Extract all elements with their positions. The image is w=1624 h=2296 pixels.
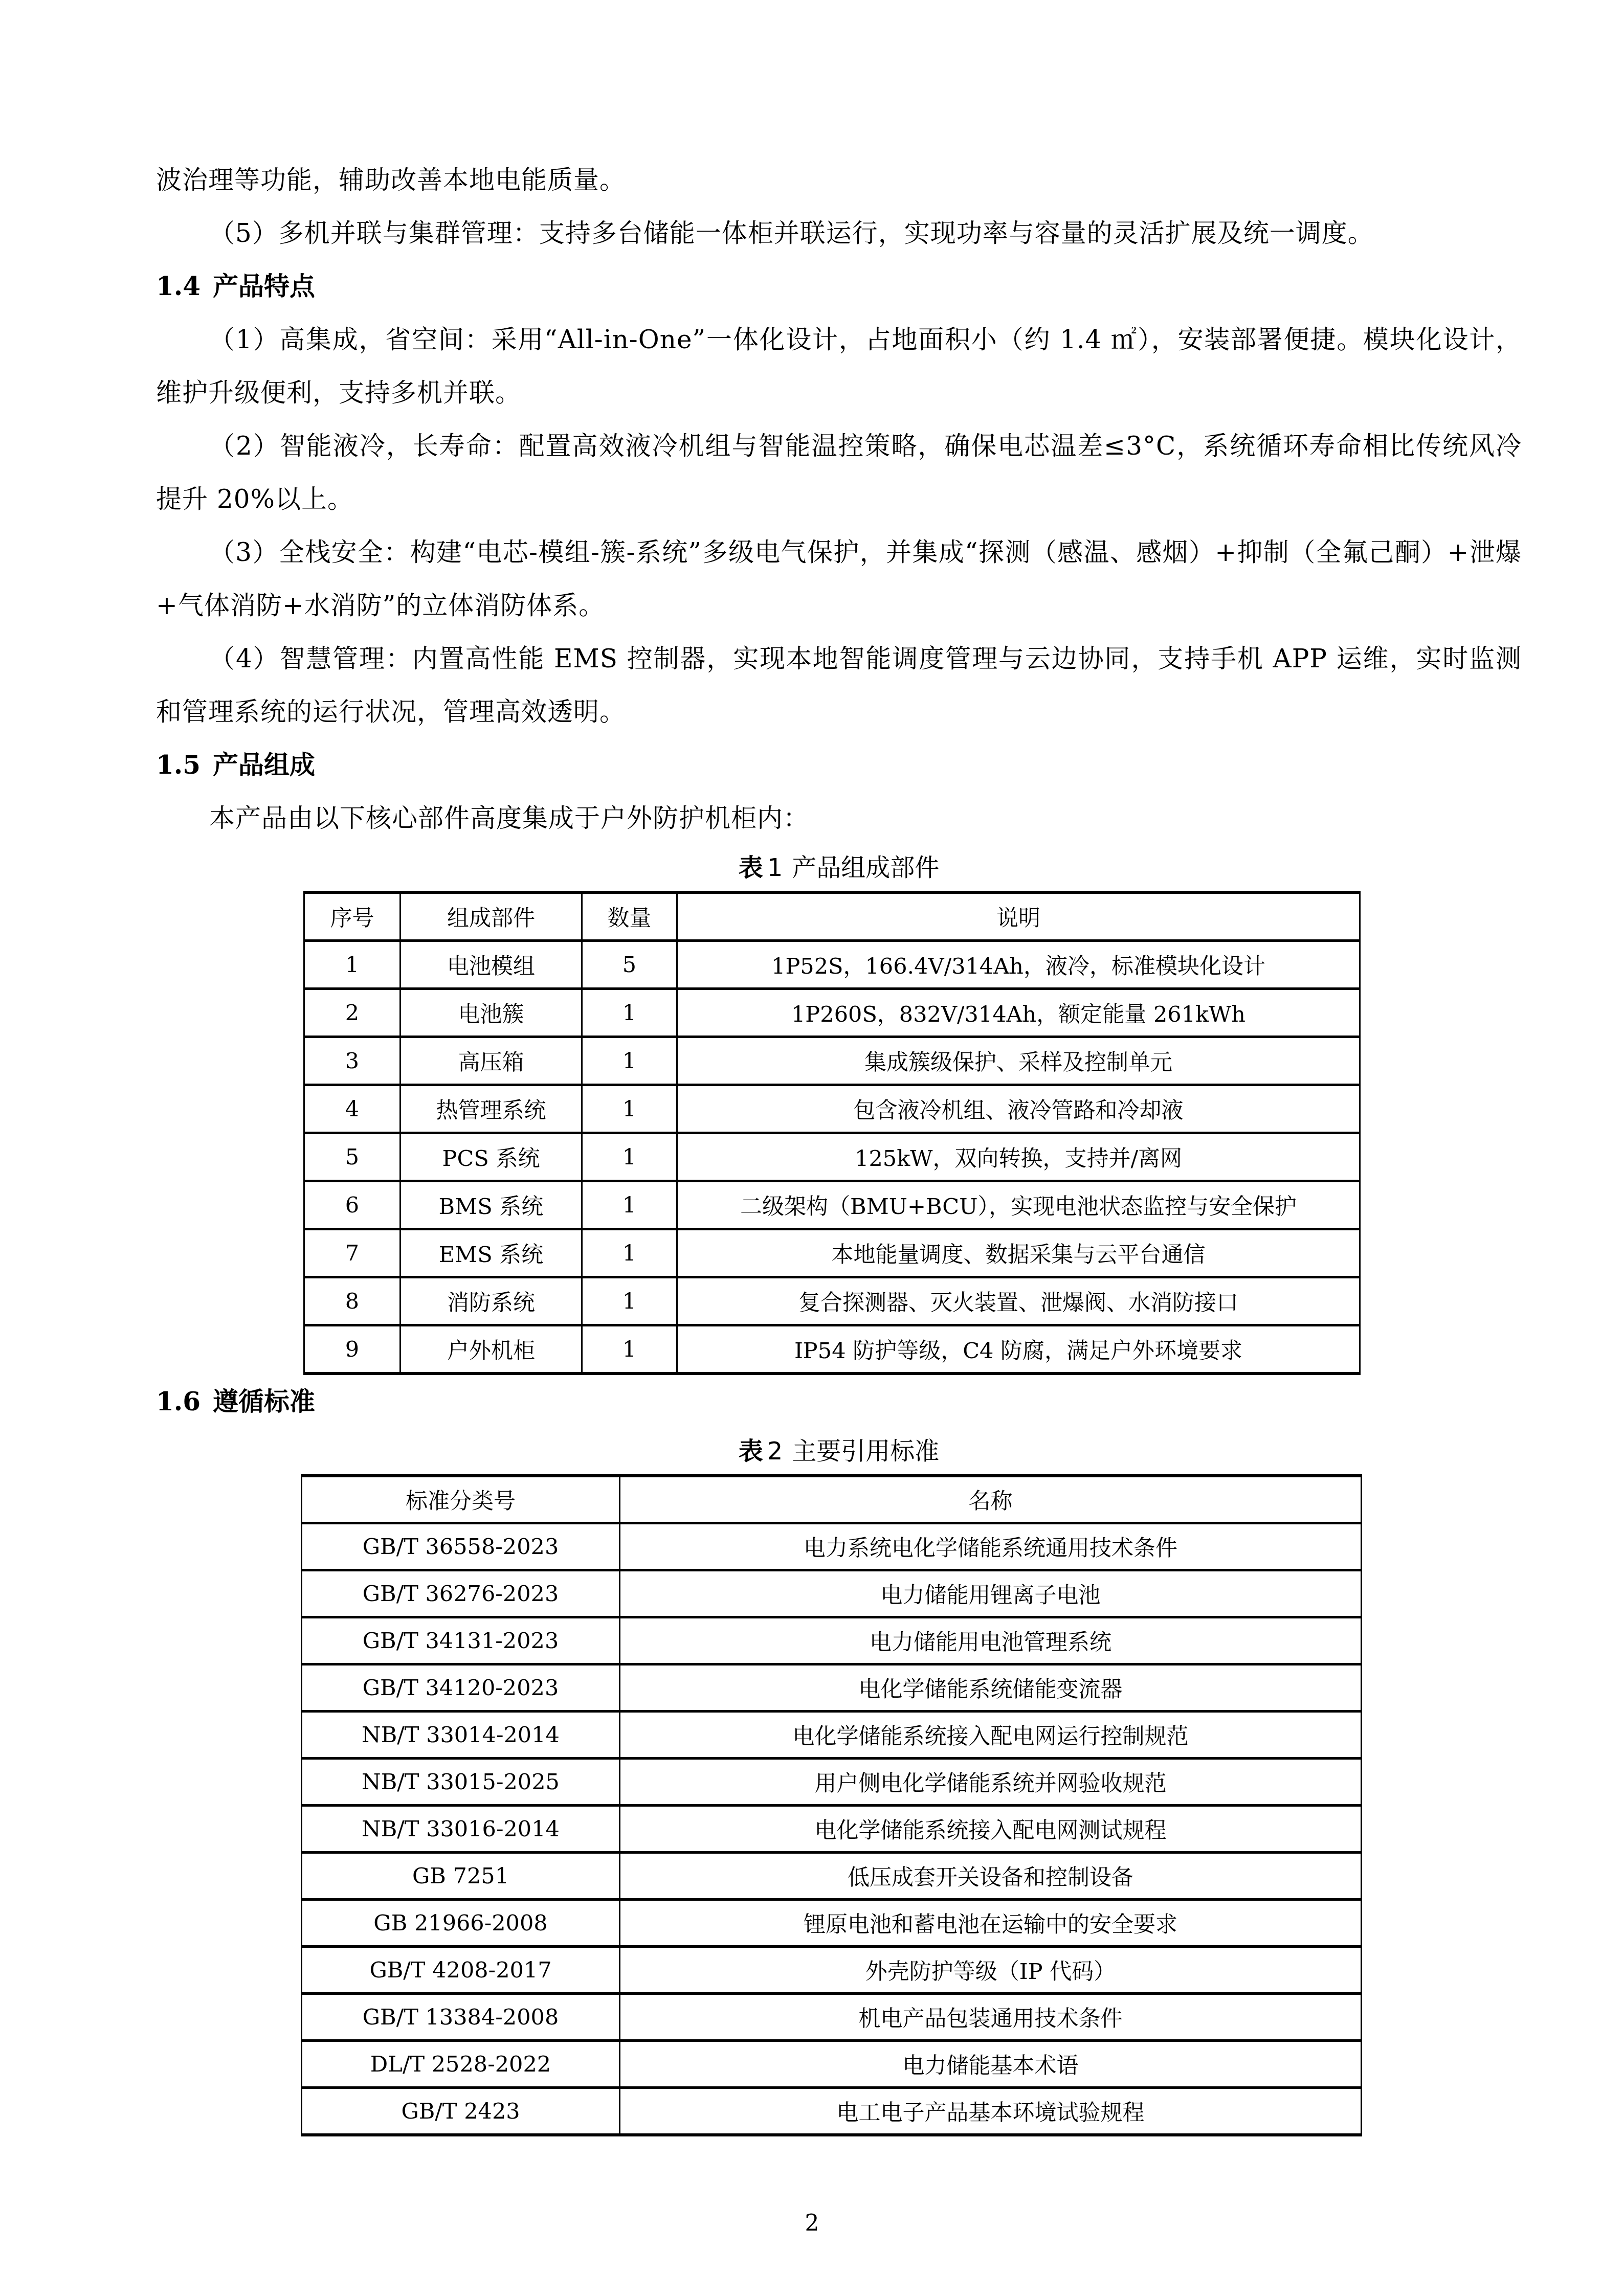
table-row: NB/T 33015-2025用户侧电化学储能系统并网验收规范	[302, 1759, 1362, 1806]
section-number: 1.5	[156, 750, 201, 780]
cell-standard-name: 低压成套开关设备和控制设备	[620, 1853, 1362, 1900]
cell-standard-code: GB/T 4208-2017	[302, 1947, 620, 1994]
table-row: 1电池模组51P52S，166.4V/314Ah，液冷，标准模块化设计	[304, 941, 1360, 989]
cell-standard-name: 电力储能基本术语	[620, 2041, 1362, 2088]
cell-standard-name: 电化学储能系统储能变流器	[620, 1664, 1362, 1712]
table-row: GB/T 34131-2023电力储能用电池管理系统	[302, 1617, 1362, 1664]
cell-description: 125kW，双向转换，支持并/离网	[677, 1133, 1360, 1181]
table-row: GB 7251低压成套开关设备和控制设备	[302, 1853, 1362, 1900]
feature-paragraph-4: （4）智慧管理：内置高性能 EMS 控制器，实现本地智能调度管理与云边协同，支持…	[156, 632, 1522, 738]
cell-component: BMS 系统	[401, 1181, 582, 1229]
cell-standard-code: NB/T 33016-2014	[302, 1806, 620, 1853]
cell-description: 1P52S，166.4V/314Ah，液冷，标准模块化设计	[677, 941, 1360, 989]
cell-description: 集成簇级保护、采样及控制单元	[677, 1037, 1360, 1085]
cell-standard-name: 锂原电池和蓄电池在运输中的安全要求	[620, 1900, 1362, 1947]
paragraph-item-5: （5）多机并联与集群管理：支持多台储能一体柜并联运行，实现功率与容量的灵活扩展及…	[156, 207, 1522, 260]
table-row: GB/T 34120-2023电化学储能系统储能变流器	[302, 1664, 1362, 1712]
composition-intro: 本产品由以下核心部件高度集成于户外防护机柜内：	[156, 792, 1522, 845]
cell-description: 1P260S，832V/314Ah，额定能量 261kWh	[677, 989, 1360, 1037]
table-row: 6BMS 系统1二级架构（BMU+BCU），实现电池状态监控与安全保护	[304, 1181, 1360, 1229]
table-row: 8消防系统1复合探测器、灭火装置、泄爆阀、水消防接口	[304, 1277, 1360, 1325]
table1-caption: 表1产品组成部件	[156, 845, 1522, 891]
cell-index: 2	[304, 989, 401, 1037]
cell-standard-code: DL/T 2528-2022	[302, 2041, 620, 2088]
caption-title: 产品组成部件	[792, 853, 939, 882]
table-row: GB/T 36558-2023电力系统电化学储能系统通用技术条件	[302, 1523, 1362, 1570]
cell-quantity: 1	[582, 1277, 677, 1325]
page-number: 2	[0, 2210, 1624, 2236]
header-standard-code: 标准分类号	[302, 1476, 620, 1523]
caption-lead: 表	[739, 853, 763, 882]
cell-quantity: 1	[582, 1133, 677, 1181]
cell-index: 7	[304, 1229, 401, 1277]
cell-standard-name: 机电产品包装通用技术条件	[620, 1994, 1362, 2041]
cell-component: PCS 系统	[401, 1133, 582, 1181]
cell-component: 电池模组	[401, 941, 582, 989]
feature-paragraph-3: （3）全栈安全：构建“电芯-模组-簇-系统”多级电气保护，并集成“探测（感温、感…	[156, 526, 1522, 632]
table-row: 7EMS 系统1本地能量调度、数据采集与云平台通信	[304, 1229, 1360, 1277]
cell-index: 3	[304, 1037, 401, 1085]
cell-standard-name: 电力储能用电池管理系统	[620, 1617, 1362, 1664]
cell-quantity: 1	[582, 1229, 677, 1277]
cell-standard-code: GB/T 13384-2008	[302, 1994, 620, 2041]
cell-component: EMS 系统	[401, 1229, 582, 1277]
document-page: 波治理等功能，辅助改善本地电能质量。 （5）多机并联与集群管理：支持多台储能一体…	[156, 153, 1522, 2136]
cell-index: 6	[304, 1181, 401, 1229]
product-components-table: 序号 组成部件 数量 说明 1电池模组51P52S，166.4V/314Ah，液…	[303, 891, 1361, 1375]
cell-standard-name: 电力储能用锂离子电池	[620, 1570, 1362, 1617]
feature-paragraph-1: （1）高集成，省空间：采用“All-in-One”一体化设计，占地面积小（约 1…	[156, 313, 1522, 419]
table-row: GB 21966-2008锂原电池和蓄电池在运输中的安全要求	[302, 1900, 1362, 1947]
cell-component: 电池簇	[401, 989, 582, 1037]
table-row: DL/T 2528-2022电力储能基本术语	[302, 2041, 1362, 2088]
cell-quantity: 1	[582, 1181, 677, 1229]
header-quantity: 数量	[582, 892, 677, 941]
cell-quantity: 1	[582, 1037, 677, 1085]
caption-number: 1	[767, 853, 783, 882]
header-standard-name: 名称	[620, 1476, 1362, 1523]
header-index: 序号	[304, 892, 401, 941]
cell-description: IP54 防护等级，C4 防腐，满足户外环境要求	[677, 1325, 1360, 1374]
table-row: NB/T 33014-2014电化学储能系统接入配电网运行控制规范	[302, 1712, 1362, 1759]
cell-component: 热管理系统	[401, 1085, 582, 1133]
cell-standard-code: GB/T 34131-2023	[302, 1617, 620, 1664]
table-row: 3高压箱1集成簇级保护、采样及控制单元	[304, 1037, 1360, 1085]
table2-caption: 表2主要引用标准	[156, 1428, 1522, 1474]
cell-index: 8	[304, 1277, 401, 1325]
caption-lead: 表	[739, 1437, 763, 1466]
section-title: 产品特点	[213, 271, 315, 301]
cell-standard-name: 电力系统电化学储能系统通用技术条件	[620, 1523, 1362, 1570]
table-row: GB/T 13384-2008机电产品包装通用技术条件	[302, 1994, 1362, 2041]
section-heading-1-6: 1.6遵循标准	[156, 1375, 1522, 1428]
table-row: 2电池簇11P260S，832V/314Ah，额定能量 261kWh	[304, 989, 1360, 1037]
paragraph-continuation: 波治理等功能，辅助改善本地电能质量。	[156, 153, 1522, 207]
header-description: 说明	[677, 892, 1360, 941]
table-header-row: 序号 组成部件 数量 说明	[304, 892, 1360, 941]
table-row: GB/T 36276-2023电力储能用锂离子电池	[302, 1570, 1362, 1617]
cell-index: 5	[304, 1133, 401, 1181]
cell-standard-name: 用户侧电化学储能系统并网验收规范	[620, 1759, 1362, 1806]
table-row: 9户外机柜1IP54 防护等级，C4 防腐，满足户外环境要求	[304, 1325, 1360, 1374]
cell-standard-name: 电化学储能系统接入配电网运行控制规范	[620, 1712, 1362, 1759]
referenced-standards-table: 标准分类号 名称 GB/T 36558-2023电力系统电化学储能系统通用技术条…	[301, 1474, 1362, 2136]
cell-standard-code: GB 21966-2008	[302, 1900, 620, 1947]
table-row: NB/T 33016-2014电化学储能系统接入配电网测试规程	[302, 1806, 1362, 1853]
cell-description: 复合探测器、灭火装置、泄爆阀、水消防接口	[677, 1277, 1360, 1325]
cell-standard-name: 电化学储能系统接入配电网测试规程	[620, 1806, 1362, 1853]
cell-standard-code: GB/T 2423	[302, 2088, 620, 2135]
cell-standard-name: 电工电子产品基本环境试验规程	[620, 2088, 1362, 2135]
cell-standard-code: NB/T 33015-2025	[302, 1759, 620, 1806]
cell-standard-code: GB/T 34120-2023	[302, 1664, 620, 1712]
cell-index: 1	[304, 941, 401, 989]
cell-component: 高压箱	[401, 1037, 582, 1085]
caption-number: 2	[767, 1437, 783, 1466]
cell-description: 包含液冷机组、液冷管路和冷却液	[677, 1085, 1360, 1133]
table-row: 5PCS 系统1125kW，双向转换，支持并/离网	[304, 1133, 1360, 1181]
table-row: 4热管理系统1包含液冷机组、液冷管路和冷却液	[304, 1085, 1360, 1133]
cell-standard-code: NB/T 33014-2014	[302, 1712, 620, 1759]
table-row: GB/T 4208-2017外壳防护等级（IP 代码）	[302, 1947, 1362, 1994]
table-row: GB/T 2423电工电子产品基本环境试验规程	[302, 2088, 1362, 2135]
cell-quantity: 1	[582, 1085, 677, 1133]
cell-standard-code: GB/T 36276-2023	[302, 1570, 620, 1617]
feature-paragraph-2: （2）智能液冷，长寿命：配置高效液冷机组与智能温控策略，确保电芯温差≤3°C，系…	[156, 419, 1522, 526]
header-component: 组成部件	[401, 892, 582, 941]
table-header-row: 标准分类号 名称	[302, 1476, 1362, 1523]
cell-standard-code: GB/T 36558-2023	[302, 1523, 620, 1570]
cell-index: 9	[304, 1325, 401, 1374]
section-number: 1.4	[156, 271, 201, 301]
cell-quantity: 5	[582, 941, 677, 989]
cell-description: 二级架构（BMU+BCU），实现电池状态监控与安全保护	[677, 1181, 1360, 1229]
cell-standard-name: 外壳防护等级（IP 代码）	[620, 1947, 1362, 1994]
cell-description: 本地能量调度、数据采集与云平台通信	[677, 1229, 1360, 1277]
cell-quantity: 1	[582, 989, 677, 1037]
cell-component: 户外机柜	[401, 1325, 582, 1374]
section-title: 产品组成	[213, 750, 315, 780]
cell-quantity: 1	[582, 1325, 677, 1374]
section-heading-1-4: 1.4产品特点	[156, 260, 1522, 313]
section-heading-1-5: 1.5产品组成	[156, 738, 1522, 792]
cell-component: 消防系统	[401, 1277, 582, 1325]
section-number: 1.6	[156, 1386, 201, 1416]
section-title: 遵循标准	[213, 1386, 315, 1416]
cell-standard-code: GB 7251	[302, 1853, 620, 1900]
cell-index: 4	[304, 1085, 401, 1133]
caption-title: 主要引用标准	[792, 1437, 939, 1466]
